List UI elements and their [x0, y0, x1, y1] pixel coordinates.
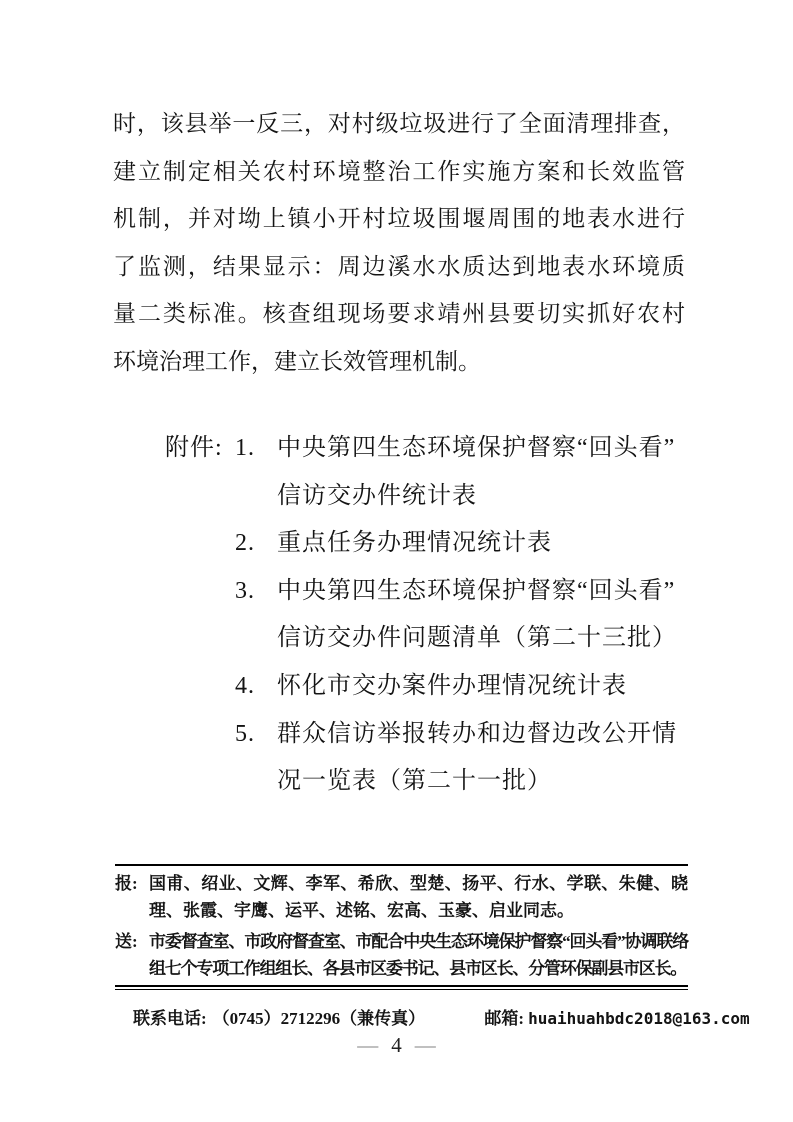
attachment-item-number: 4. — [235, 663, 277, 711]
send-label: 送: — [115, 928, 149, 982]
attachment-item: 5.群众信访举报转办和边督边改公开情况一览表（第二十一批） — [235, 711, 705, 806]
attachment-item-text: 怀化市交办案件办理情况统计表 — [277, 663, 705, 711]
attachment-item-line: 怀化市交办案件办理情况统计表 — [277, 663, 705, 711]
body-paragraph: 时，该县举一反三，对村级垃圾进行了全面清理排查，建立制定相关农村环境整治工作实施… — [113, 100, 685, 386]
phone-value: （0745）2712296（兼传真） — [213, 1009, 426, 1028]
report-label: 报: — [115, 870, 149, 924]
body-line: 机制，并对坳上镇小开村垃圾围堰周围的地表水进行 — [113, 195, 685, 243]
send-recipients: 市委督查室、市政府督查室、市配合中央生态环境保护督察“回头看”协调联络组七个专项… — [149, 928, 688, 982]
attachment-item-text: 重点任务办理情况统计表 — [277, 520, 705, 568]
report-row: 报: 国甫、绍业、文辉、李军、希欣、型楚、扬平、行水、学联、朱健、晓理、张霞、宇… — [115, 870, 688, 924]
attachment-item-number: 5. — [235, 711, 277, 806]
attachment-item: 4.怀化市交办案件办理情况统计表 — [235, 663, 705, 711]
phone-label: 联系电话: — [133, 1009, 207, 1028]
page-number: —4— — [0, 1033, 793, 1058]
attachment-item-text: 中央第四生态环境保护督察“回头看”信访交办件统计表 — [277, 425, 705, 520]
attachment-item-line: 信访交办件统计表 — [277, 473, 705, 521]
attachment-item-line: 中央第四生态环境保护督察“回头看” — [277, 568, 705, 616]
footer-bottom-rule-thin — [115, 989, 688, 990]
attachment-items: 1.中央第四生态环境保护督察“回头看”信访交办件统计表2.重点任务办理情况统计表… — [235, 425, 705, 806]
document-page: 时，该县举一反三，对村级垃圾进行了全面清理排查，建立制定相关农村环境整治工作实施… — [0, 0, 793, 1122]
email-label: 邮箱: — [484, 1009, 524, 1028]
body-line: 建立制定相关农村环境整治工作实施方案和长效监管 — [113, 148, 685, 196]
footer-bottom-rule-thick — [115, 985, 688, 987]
attachment-item: 3.中央第四生态环境保护督察“回头看”信访交办件问题清单（第二十三批） — [235, 568, 705, 663]
footer-block: 报: 国甫、绍业、文辉、李军、希欣、型楚、扬平、行水、学联、朱健、晓理、张霞、宇… — [115, 864, 688, 1029]
send-row: 送: 市委督查室、市政府督查室、市配合中央生态环境保护督察“回头看”协调联络组七… — [115, 928, 688, 982]
page-number-value: 4 — [391, 1033, 402, 1057]
attachment-item-line: 信访交办件问题清单（第二十三批） — [277, 615, 705, 663]
contact-row: 联系电话:（0745）2712296（兼传真） 邮箱:huaihuahbdc20… — [115, 1004, 688, 1029]
email-value: huaihuahbdc2018@163.com — [528, 1009, 750, 1028]
body-line: 环境治理工作，建立长效管理机制。 — [113, 338, 685, 386]
attachment-item-line: 中央第四生态环境保护督察“回头看” — [277, 425, 705, 473]
attachment-item: 1.中央第四生态环境保护督察“回头看”信访交办件统计表 — [235, 425, 705, 520]
attachment-label: 附件: — [165, 425, 223, 473]
attachment-item-number: 2. — [235, 520, 277, 568]
attachment-item-line: 况一览表（第二十一批） — [277, 758, 705, 806]
body-line: 量二类标准。核查组现场要求靖州县要切实抓好农村 — [113, 290, 685, 338]
footer-top-rule — [115, 864, 688, 866]
attachment-item-line: 群众信访举报转办和边督边改公开情 — [277, 711, 705, 759]
footer-bottom-rule — [115, 985, 688, 990]
attachment-item: 2.重点任务办理情况统计表 — [235, 520, 705, 568]
page-number-dash-right: — — [415, 1033, 436, 1057]
body-line: 了监测，结果显示：周边溪水水质达到地表水环境质 — [113, 243, 685, 291]
attachment-item-text: 群众信访举报转办和边督边改公开情况一览表（第二十一批） — [277, 711, 705, 806]
report-names: 国甫、绍业、文辉、李军、希欣、型楚、扬平、行水、学联、朱健、晓理、张霞、宇鹰、运… — [149, 870, 688, 924]
page-number-dash-left: — — [357, 1033, 378, 1057]
attachment-list: 附件: 1.中央第四生态环境保护督察“回头看”信访交办件统计表2.重点任务办理情… — [165, 425, 705, 806]
attachment-item-text: 中央第四生态环境保护督察“回头看”信访交办件问题清单（第二十三批） — [277, 568, 705, 663]
body-line: 时，该县举一反三，对村级垃圾进行了全面清理排查， — [113, 100, 685, 148]
attachment-item-number: 3. — [235, 568, 277, 663]
attachment-item-line: 重点任务办理情况统计表 — [277, 520, 705, 568]
attachment-item-number: 1. — [235, 425, 277, 520]
